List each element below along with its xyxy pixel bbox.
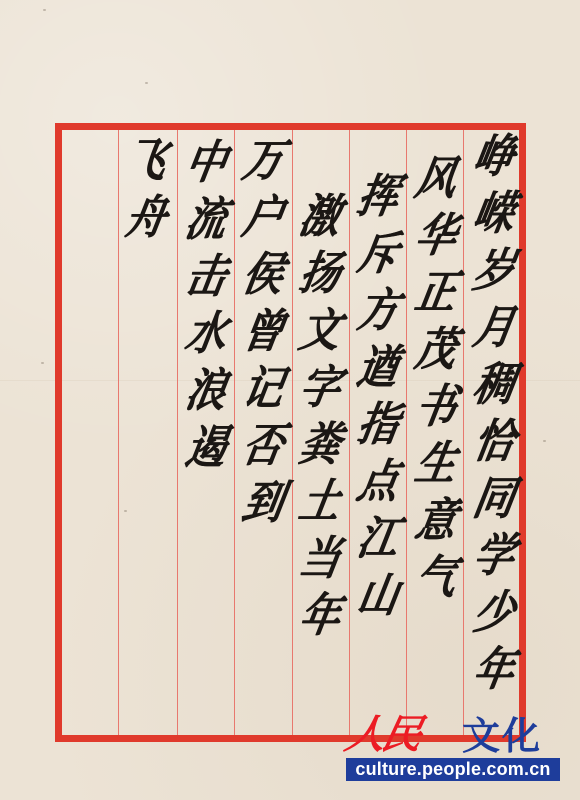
- character: 书: [402, 374, 470, 440]
- character: 舟: [112, 185, 180, 251]
- character: 水: [172, 301, 240, 367]
- character: 华: [402, 203, 470, 269]
- character: 流: [172, 187, 240, 253]
- character: 侯: [229, 242, 297, 308]
- character: 山: [344, 563, 412, 629]
- site-watermark: 人民 文化 culture.people.com.cn: [346, 712, 566, 784]
- character: 恰: [460, 409, 528, 475]
- character: 浪: [172, 358, 240, 424]
- character: 粪: [286, 412, 354, 478]
- paper-speck: [145, 82, 148, 84]
- paper-speck: [43, 9, 46, 11]
- calligraphy-column-3: 挥 斥 方 遒 指 点 江 山: [350, 168, 406, 624]
- character: 点: [344, 449, 412, 515]
- calligraphy-column-4: 激 扬 文 字 粪 土 当 年: [292, 188, 348, 644]
- calligraphy-column-6: 中 流 击 水 浪 遏: [178, 134, 234, 476]
- watermark-renmin-text: 人民: [341, 712, 423, 758]
- character: 字: [286, 355, 354, 421]
- character: 土: [286, 469, 354, 535]
- character: 方: [344, 278, 412, 344]
- character: 否: [229, 413, 297, 479]
- calligraphy-column-5: 万 户 侯 曾 记 否 到: [235, 132, 291, 531]
- character: 年: [286, 583, 354, 649]
- character: 意: [402, 488, 470, 554]
- character: 峥: [460, 124, 528, 190]
- character: 同: [460, 466, 528, 532]
- character: 遒: [344, 335, 412, 401]
- character: 指: [344, 392, 412, 458]
- character: 生: [402, 431, 470, 497]
- character: 记: [229, 356, 297, 422]
- character: 扬: [286, 241, 354, 307]
- character: 户: [229, 185, 297, 251]
- character: 少: [460, 580, 528, 646]
- watermark-url-bar: culture.people.com.cn: [346, 758, 560, 781]
- character: 飞: [112, 128, 180, 194]
- calligraphy-column-7: 飞 舟: [118, 132, 174, 246]
- character: 当: [286, 526, 354, 592]
- character: 击: [172, 244, 240, 310]
- character: 月: [460, 295, 528, 361]
- character: 江: [344, 506, 412, 572]
- paper-speck: [543, 440, 546, 442]
- character: 正: [402, 260, 470, 326]
- character: 中: [172, 130, 240, 196]
- calligraphy-column-1: 峥 嵘 岁 月 稠 恰 同 学 少 年: [466, 128, 522, 698]
- character: 激: [286, 184, 354, 250]
- character: 挥: [344, 164, 412, 230]
- paper-speck: [41, 362, 44, 364]
- character: 风: [402, 146, 470, 212]
- character: 稠: [460, 352, 528, 418]
- character: 岁: [460, 238, 528, 304]
- watermark-wenhua-text: 文化: [462, 714, 542, 758]
- character: 年: [460, 637, 528, 703]
- character: 嵘: [460, 181, 528, 247]
- character: 茂: [402, 317, 470, 383]
- calligraphy-column-2: 风 华 正 茂 书 生 意 气: [408, 150, 464, 606]
- character: 曾: [229, 299, 297, 365]
- character: 气: [402, 545, 470, 611]
- character: 文: [286, 298, 354, 364]
- character: 万: [229, 128, 297, 194]
- character: 斥: [344, 221, 412, 287]
- character: 到: [229, 470, 297, 536]
- character: 学: [460, 523, 528, 589]
- character: 遏: [172, 415, 240, 481]
